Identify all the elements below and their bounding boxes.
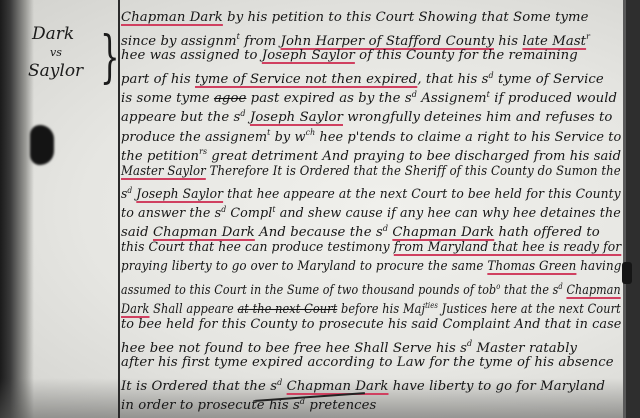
right-notch xyxy=(622,262,632,284)
document-line: part of his tyme of Service not then exp… xyxy=(121,66,621,85)
underlined-name: Chapman xyxy=(566,283,620,298)
document-line: to answer the sd Complt and shew cause i… xyxy=(121,200,602,219)
document-line: Dark Shall appeare at the next Court bef… xyxy=(121,296,551,315)
text-segment: to bee held for this County to prosecute… xyxy=(121,317,621,332)
text-segment: having xyxy=(576,259,621,274)
text-segment: pretences xyxy=(305,398,376,413)
margin-note: Dark vs Saylor xyxy=(28,24,108,81)
document-body: Chapman Dark by his petition to this Cou… xyxy=(121,8,621,411)
text-segment: after his first tyme expired according t… xyxy=(121,355,614,370)
brace-icon: } xyxy=(100,30,120,86)
underlined-name: Master Saylor xyxy=(121,164,206,179)
text-segment: d xyxy=(240,109,245,118)
document-line: It is Ordered that the sd Chapman Dark h… xyxy=(121,373,621,392)
document-line: Chapman Dark by his petition to this Cou… xyxy=(121,8,621,27)
document-line: since by assignmt from John Harper of St… xyxy=(121,27,621,46)
document-line: hee was assigned to Joseph Saylor of thi… xyxy=(121,46,621,65)
document-line: sd Joseph Saylor that hee appeare at the… xyxy=(121,181,587,200)
text-segment: hee was assigned to xyxy=(121,48,262,63)
document-line: assumed to this Court in the Sume of two… xyxy=(121,277,542,296)
text-segment: rs xyxy=(199,147,207,156)
document-line: hee bee not found to bee free hee Shall … xyxy=(121,334,621,353)
text-segment: ch xyxy=(306,128,316,137)
underlined-name: Thomas Green xyxy=(487,259,576,274)
document-line: appeare but the sd Joseph Saylor wrongfu… xyxy=(121,104,621,123)
document-line: the petitionrs great detriment And prayi… xyxy=(121,142,617,161)
right-border xyxy=(623,0,640,418)
document-line: said Chapman Dark And because the sd Cha… xyxy=(121,219,621,238)
document-line: after his first tyme expired according t… xyxy=(121,353,621,372)
ink-blot xyxy=(30,125,54,165)
document-line: to bee held for this County to prosecute… xyxy=(121,315,606,334)
text-segment: r xyxy=(586,32,590,41)
text-segment: by his petition to this Court Showing th… xyxy=(223,10,589,25)
margin-note-defendant: Saylor xyxy=(28,61,108,81)
text-segment: Therefore It is Ordered that the Sheriff… xyxy=(206,164,621,179)
text-segment: ties xyxy=(425,301,438,310)
document-line: praying liberty to go over to Maryland t… xyxy=(121,257,572,276)
text-segment: d xyxy=(488,71,493,80)
underlined-name: Chapman Dark xyxy=(121,10,223,25)
document-line: this Court that hee can produce testimon… xyxy=(121,238,588,257)
margin-note-plaintiff: Dark xyxy=(28,24,108,44)
document-line: Master Saylor Therefore It is Ordered th… xyxy=(121,162,563,181)
text-segment: praying liberty to go over to Maryland t… xyxy=(121,259,487,274)
text-segment: this Court that hee can produce testimon… xyxy=(121,240,394,255)
document-line: in order to prosecute his sd pretences xyxy=(121,392,621,411)
document-line: is some tyme agoe past expired as by the… xyxy=(121,85,621,104)
underlined-name: from Maryland that hee is ready for xyxy=(394,240,622,255)
document-line: produce the assignemt by wch hee p'tends… xyxy=(121,123,609,142)
underlined-name: Joseph Saylor xyxy=(262,48,355,63)
text-segment: of this County for the remaining xyxy=(355,48,578,63)
margin-note-versus: vs xyxy=(28,46,108,59)
